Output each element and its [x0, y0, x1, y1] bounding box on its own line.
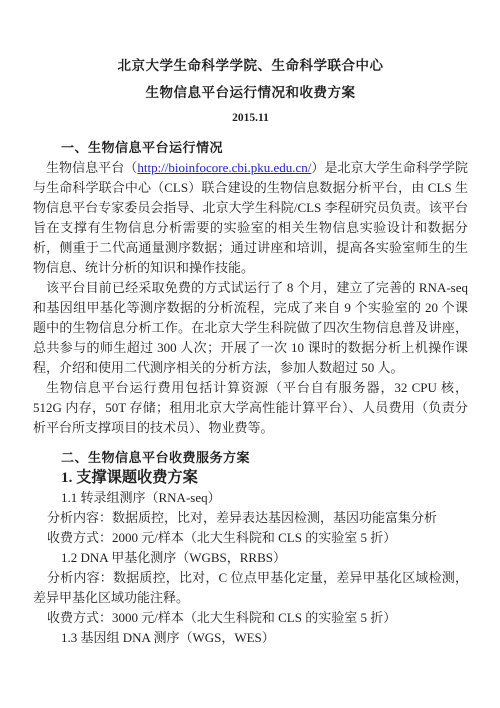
- section-1-heading: 一、生物信息平台运行情况: [33, 138, 468, 158]
- item-1-1-fee-line: 收费方式：2000 元/样本（北大生科院和 CLS 的实验室 5 折）: [33, 528, 468, 548]
- item-1-3-title: 1.3 基因组 DNA 测序（WGS，WES）: [33, 628, 468, 648]
- section-1-paragraph-3: 生物信息平台运行费用包括计算资源（平台自有服务器，32 CPU 核，512G 内…: [33, 378, 468, 438]
- document-page: 北京大学生命科学学院、生命科学联合中心 生物信息平台运行情况和收费方案 2015…: [0, 0, 500, 708]
- section-1-paragraph-1: 生物信息平台（http://bioinfocore.cbi.pku.edu.cn…: [33, 158, 468, 278]
- bioinfocore-link[interactable]: http://bioinfocore.cbi.pku.edu.cn/: [137, 160, 311, 175]
- paragraph-1-suffix: ）是北京大学生命科学学院与生命科学联合中心（CLS）联合建设的生物信息数据分析平…: [33, 160, 468, 275]
- document-title-line1: 北京大学生命科学学院、生命科学联合中心: [33, 52, 468, 79]
- section-2-heading: 二、生物信息平台收费服务方案: [33, 448, 468, 468]
- item-1-2-fee-line: 收费方式：3000 元/样本（北大生科院和 CLS 的实验室 5 折）: [33, 608, 468, 628]
- subsection-1-heading: 1. 支撑课题收费方案: [33, 468, 468, 488]
- section-1-paragraph-2: 该平台目前已经采取免费的方式试运行了 8 个月，建立了完善的 RNA-seq 和…: [33, 278, 468, 378]
- paragraph-1-prefix: 生物信息平台（: [46, 160, 137, 175]
- item-1-2-analysis-line: 分析内容：数据质控，比对，C 位点甲基化定量，差异甲基化区域检测，差异甲基化区域…: [33, 568, 468, 608]
- item-1-1-title: 1.1 转录组测序（RNA-seq）: [33, 488, 468, 508]
- item-1-2-title: 1.2 DNA 甲基化测序（WGBS，RRBS）: [33, 548, 468, 568]
- item-1-1-analysis-line: 分析内容：数据质控，比对，差异表达基因检测，基因功能富集分析: [33, 508, 468, 528]
- document-title-line2: 生物信息平台运行情况和收费方案: [33, 79, 468, 106]
- document-date: 2015.11: [33, 106, 468, 131]
